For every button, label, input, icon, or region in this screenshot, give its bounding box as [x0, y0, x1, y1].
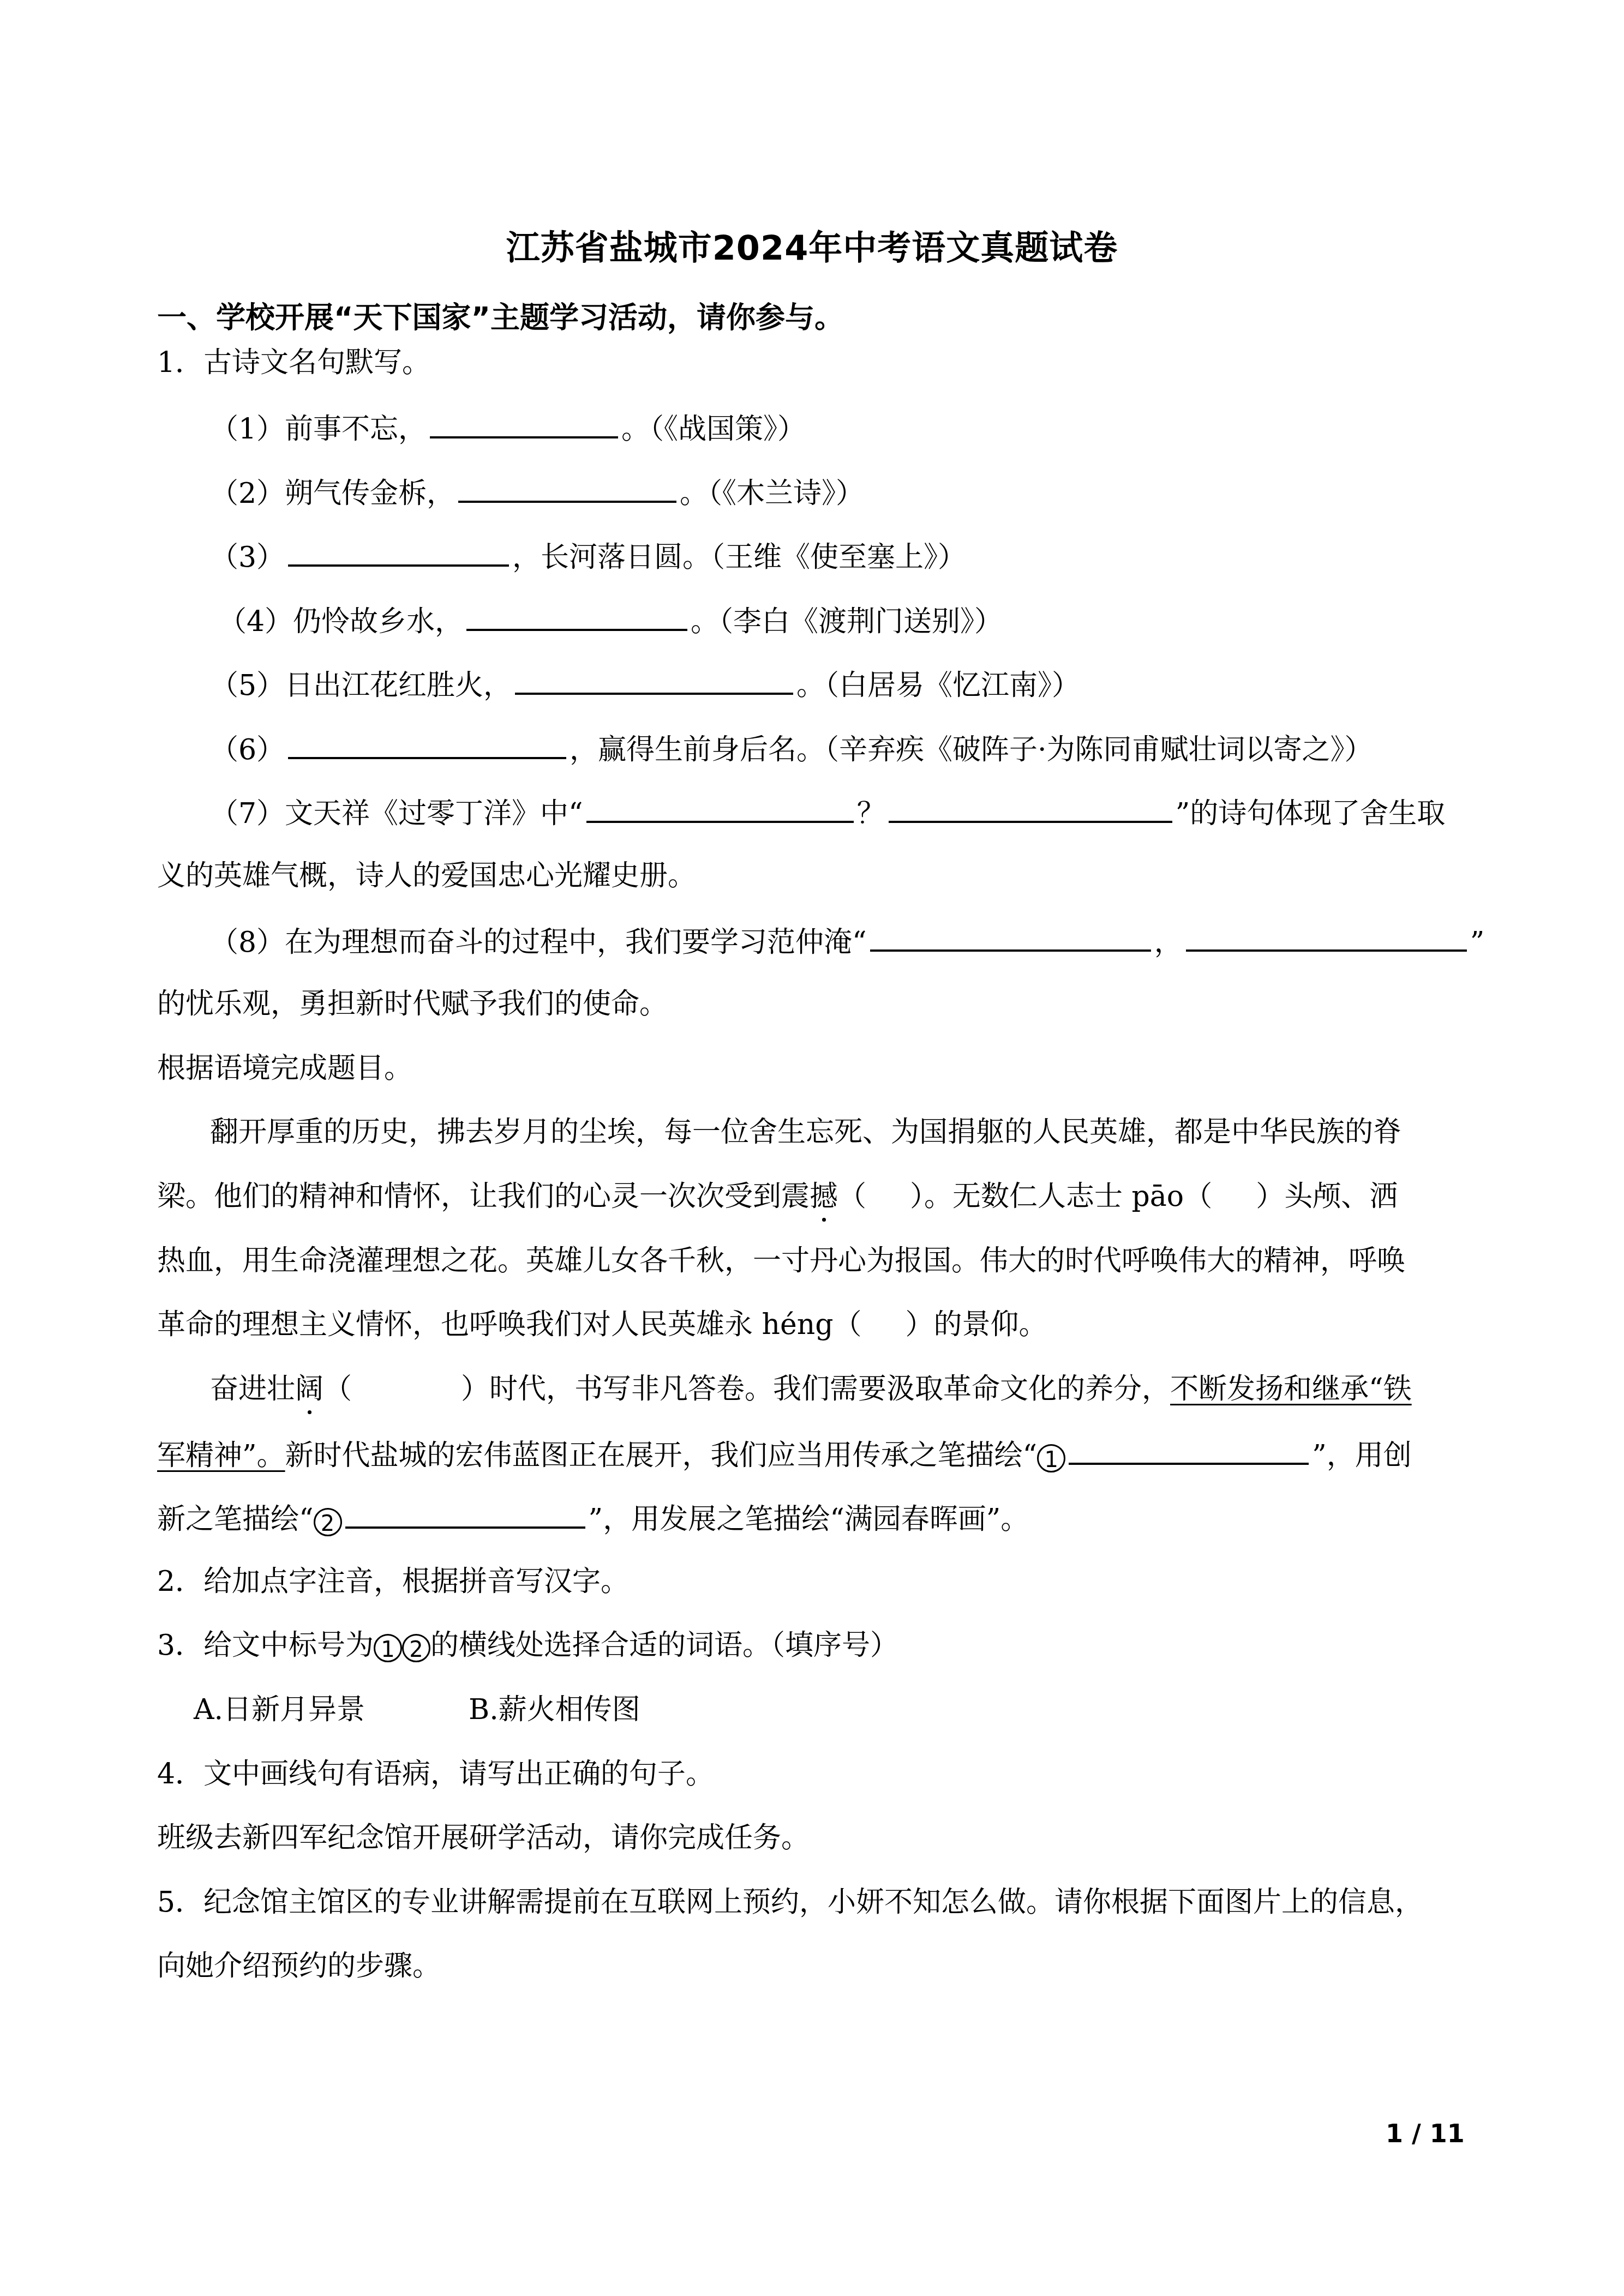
item-text: 日出江花红胜火， — [285, 669, 512, 702]
text: 梁。他们的精神和情怀，让我们的心灵一次次受到震 — [157, 1180, 810, 1213]
text: （ — [838, 1180, 866, 1213]
question-3: 3．给文中标号为12的横线处选择合适的词语。（填序号） — [157, 1626, 898, 1664]
underlined-sentence: 不断发扬和继承“铁 — [1170, 1373, 1412, 1405]
text: 革命的理想主义情怀，也呼唤我们对人民英雄永 héng（ — [157, 1308, 862, 1341]
text: 新时代盐城的宏伟蓝图正在展开，我们应当用传承之笔描绘“ — [285, 1439, 1038, 1472]
text: ）的景仰。 — [906, 1308, 1047, 1341]
q1-item-7: （7）文天祥《过零丁洋》中“？”的诗句体现了舍生取 — [210, 792, 1445, 833]
dotted-char: 撼 — [810, 1180, 838, 1213]
answer-blank-2[interactable] — [889, 792, 1172, 823]
page-number: 1 / 11 — [1386, 2119, 1465, 2148]
answer-blank[interactable] — [288, 536, 509, 567]
passage-p1-line2: 梁。他们的精神和情怀，让我们的心灵一次次受到震撼（）。无数仁人志士 pāo（）头… — [157, 1177, 1398, 1216]
q1-item-7-cont: 义的英雄气概，诗人的爱国忠心光耀史册。 — [157, 857, 696, 895]
item-number: （7） — [210, 797, 285, 830]
option-a: A.日新月异景 — [194, 1693, 365, 1726]
answer-blank[interactable] — [288, 729, 566, 759]
context-intro: 根据语境完成题目。 — [157, 1049, 412, 1087]
item-source: 。（白居易《忆江南》） — [796, 669, 1080, 702]
answer-blank[interactable] — [458, 472, 676, 503]
item-punct: ， — [1154, 926, 1183, 959]
answer-blank[interactable] — [430, 408, 618, 438]
item-text: 前事不忘， — [285, 413, 427, 446]
answer-blank-1[interactable] — [586, 792, 854, 823]
q1-item-5: （5）日出江花红胜火，。（白居易《忆江南》） — [210, 664, 1080, 705]
circled-number-1: 1 — [1037, 1444, 1065, 1472]
question-4: 4．文中画线句有语病，请写出正确的句子。 — [157, 1755, 714, 1793]
text: 的横线处选择合适的词语。（填序号） — [430, 1629, 898, 1662]
question-1-stem: 1．古诗文名句默写。 — [157, 344, 430, 382]
item-number: （3） — [210, 541, 285, 574]
text: ”，用发展之笔描绘“满园春晖画”。 — [589, 1503, 1029, 1536]
answer-blank[interactable] — [466, 600, 687, 631]
item-text: 文天祥《过零丁洋》中“ — [285, 797, 583, 830]
item-text: 在为理想而奋斗的过程中，我们要学习范仲淹“ — [285, 926, 867, 959]
passage-p1-line3: 热血，用生命浇灌理想之花。英雄儿女各千秋，一寸丹心为报国。伟大的时代呼唤伟大的精… — [157, 1242, 1405, 1280]
answer-blank-2[interactable] — [1186, 921, 1467, 952]
item-source: 。（《战国策》） — [621, 413, 806, 446]
item-source: 。（《木兰诗》） — [680, 477, 864, 510]
q1-item-6: （6），赢得生前身后名。（辛弃疾《破阵子·为陈同甫赋壮词以寄之》） — [210, 729, 1373, 769]
passage-p1-line1: 翻开厚重的历史，拂去岁月的尘埃，每一位舍生忘死、为国捐躯的人民英雄，都是中华民族… — [210, 1113, 1401, 1151]
item-number: （8） — [210, 926, 285, 959]
item-text: ，赢得生前身后名。（辛弃疾《破阵子·为陈同甫赋壮词以寄之》） — [570, 734, 1373, 766]
text: 奋进壮 — [210, 1373, 295, 1405]
item-punct: ？ — [857, 797, 885, 830]
q1-item-2: （2）朔气传金柝，。（《木兰诗》） — [210, 472, 864, 513]
item-text: 仍怜故乡水， — [293, 605, 463, 638]
passage-p2-line2: 军精神”。新时代盐城的宏伟蓝图正在展开，我们应当用传承之笔描绘“1”，用创 — [157, 1434, 1412, 1475]
item-number: （5） — [210, 669, 285, 702]
item-source: 。（李白《渡荆门送别》） — [691, 605, 1003, 638]
text: ）。无数仁人志士 pāo（ — [910, 1180, 1212, 1213]
text: 新之笔描绘“ — [157, 1503, 314, 1536]
item-text: ”的诗句体现了舍生取 — [1176, 797, 1446, 830]
item-number: （2） — [210, 477, 285, 510]
item-number: （1） — [210, 413, 285, 446]
item-number: （4） — [218, 605, 293, 638]
circled-number-1: 1 — [374, 1634, 402, 1662]
text: ”，用创 — [1312, 1439, 1412, 1472]
section-heading: 一、学校开展“天下国家”主题学习活动，请你参与。 — [157, 294, 844, 336]
question-5-line1: 5．纪念馆主馆区的专业讲解需提前在互联网上预约，小妍不知怎么做。请你根据下面图片… — [157, 1883, 1423, 1921]
q1-item-8-cont: 的忧乐观，勇担新时代赋予我们的使命。 — [157, 985, 668, 1023]
option-b: B.薪火相传图 — [469, 1693, 640, 1726]
question-5-line2: 向她介绍预约的步骤。 — [157, 1947, 441, 1985]
answer-blank-1[interactable] — [1069, 1434, 1309, 1465]
text: （ — [323, 1373, 352, 1405]
answer-blank-1[interactable] — [870, 921, 1151, 952]
passage-p2-line3: 新之笔描绘“2”，用发展之笔描绘“满园春晖画”。 — [157, 1498, 1029, 1538]
passage-p2-line1: 奋进壮阔（）时代，书写非凡答卷。我们需要汲取革命文化的养分，不断发扬和继承“铁 — [210, 1370, 1412, 1408]
text: 3．给文中标号为 — [157, 1629, 374, 1662]
task-intro: 班级去新四军纪念馆开展研学活动，请你完成任务。 — [157, 1819, 810, 1857]
passage-p1-line4: 革命的理想主义情怀，也呼唤我们对人民英雄永 héng（）的景仰。 — [157, 1306, 1047, 1344]
answer-blank-2[interactable] — [345, 1498, 585, 1529]
item-punct: ” — [1470, 926, 1485, 959]
q1-item-8: （8）在为理想而奋斗的过程中，我们要学习范仲淹“，” — [210, 921, 1484, 961]
exam-page: 江苏省盐城市2024年中考语文真题试卷 一、学校开展“天下国家”主题学习活动，请… — [0, 0, 1624, 2296]
dotted-char: 阔 — [295, 1373, 323, 1405]
question-2: 2．给加点字注音，根据拼音写汉字。 — [157, 1562, 629, 1601]
q1-item-4: （4）仍怜故乡水，。（李白《渡荆门送别》） — [218, 600, 1003, 641]
item-number: （6） — [210, 734, 285, 766]
underlined-sentence: 军精神”。 — [157, 1439, 285, 1472]
q1-item-3: （3），长河落日圆。（王维《使至塞上》） — [210, 536, 966, 576]
item-text: ，长河落日圆。（王维《使至塞上》） — [512, 541, 966, 574]
page-title: 江苏省盐城市2024年中考语文真题试卷 — [0, 221, 1624, 269]
q1-item-1: （1）前事不忘，。（《战国策》） — [210, 408, 806, 448]
q3-options: A.日新月异景B.薪火相传图 — [194, 1691, 640, 1729]
circled-number-2: 2 — [314, 1508, 342, 1536]
answer-blank[interactable] — [515, 664, 793, 695]
text: ）时代，书写非凡答卷。我们需要汲取革命文化的养分， — [461, 1373, 1170, 1405]
text: ）头颅、洒 — [1256, 1180, 1398, 1213]
circled-number-2: 2 — [402, 1634, 430, 1662]
item-text: 朔气传金柝， — [285, 477, 455, 510]
